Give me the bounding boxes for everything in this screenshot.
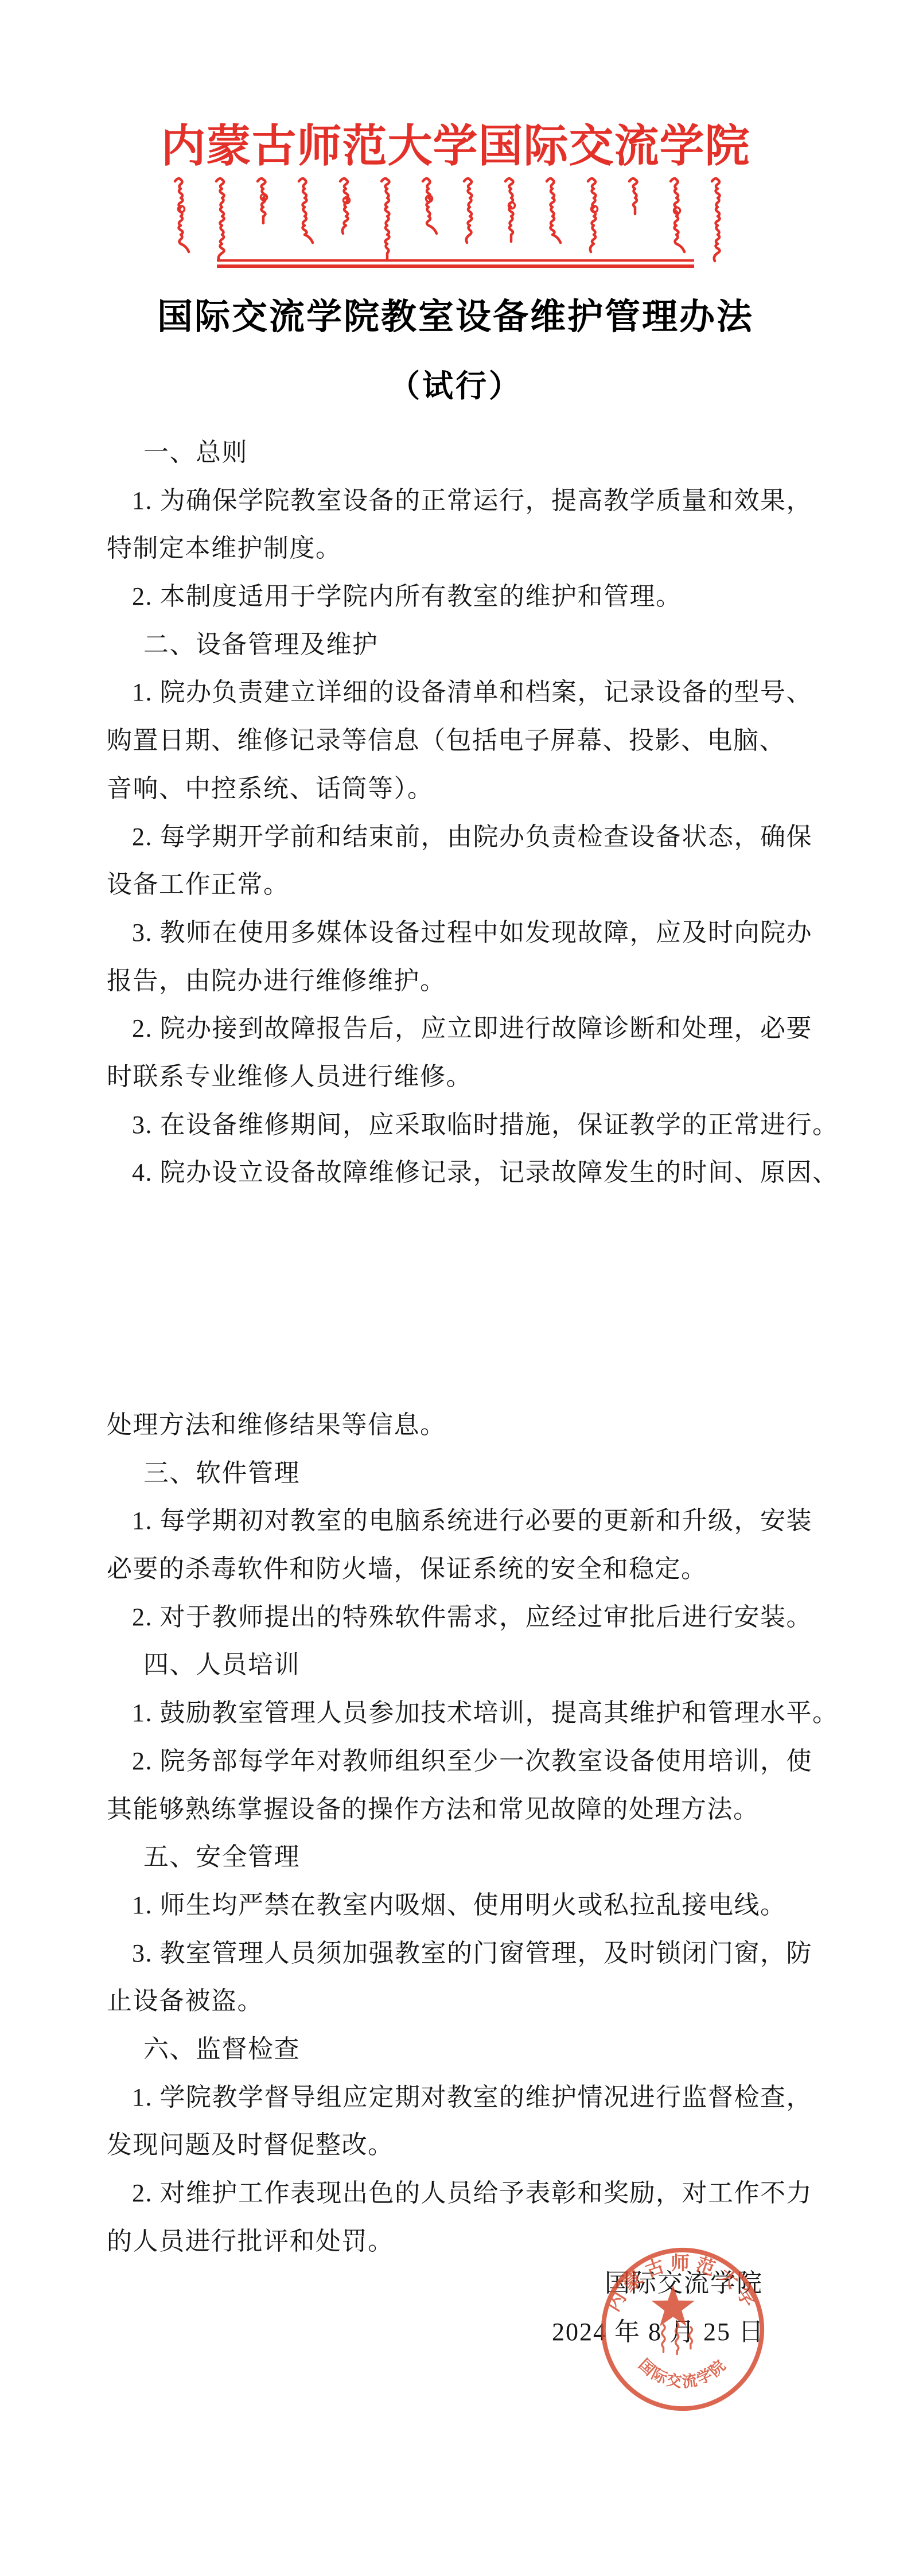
mongolian-glyph — [505, 178, 513, 242]
body-line: 1. 为确保学院教室设备的正常运行，提高教学质量和效果， — [107, 477, 812, 525]
body-line: 2. 对维护工作表现出色的人员给予表彰和奖励，对工作不力 — [107, 2169, 812, 2217]
body-line: 1. 鼓励教室管理人员参加技术培训，提高其维护和管理水平。 — [107, 1689, 812, 1737]
mongolian-glyph-loop — [509, 203, 515, 209]
body-line: 止设备被盗。 — [107, 1977, 812, 2025]
body-line: 二、设备管理及维护 — [107, 621, 812, 669]
letterhead-university-title: 内蒙古师范大学国际交流学院 — [0, 110, 911, 174]
body-line: 时联系专业维修人员进行维修。 — [107, 1053, 812, 1101]
body-line: 2. 院办接到故障报告后，应立即进行故障诊断和处理，必要 — [107, 1005, 812, 1053]
mongolian-glyph — [299, 178, 313, 243]
body-text-page-1: 一、总则1. 为确保学院教室设备的正常运行，提高教学质量和效果，特制定本维护制度… — [107, 429, 812, 1197]
body-line: 1. 院办负责建立详细的设备清单和档案，记录设备的型号、 — [107, 668, 812, 717]
body-line: 处理方法和维修结果等信息。 — [107, 1401, 812, 1449]
body-line: 五、安全管理 — [107, 1833, 812, 1881]
body-line: 必要的杀毒软件和防火墙，保证系统的安全和稳定。 — [107, 1545, 812, 1593]
body-line: 2. 对于教师提出的特殊软件需求，应经过审批后进行安装。 — [107, 1593, 812, 1641]
seal-bottom-text: 国际交流学院 — [636, 2356, 730, 2391]
document-page: 内蒙古师范大学国际交流学院 国际交流学院教室设备维护管理办法 （试行） 一、总则… — [0, 0, 911, 2576]
seal-mongolian-glyph — [676, 2322, 679, 2354]
letterhead-divider-rule — [217, 259, 694, 268]
mongolian-glyph — [547, 178, 560, 243]
seal-mongolian-glyph — [662, 2325, 665, 2352]
body-line: 六、监督检查 — [107, 2025, 812, 2073]
mongolian-glyph — [588, 178, 596, 252]
mongolian-glyph — [340, 178, 348, 234]
mongolian-glyph — [629, 178, 637, 214]
document-subtitle: （试行） — [0, 361, 911, 406]
body-line: 3. 教室管理人员须加强教室的门窗管理，及时锁闭门窗，防 — [107, 1929, 812, 1978]
body-line: 3. 在设备维修期间，应采取临时措施，保证教学的正常进行。 — [107, 1101, 812, 1149]
body-text-page-2: 处理方法和维修结果等信息。三、软件管理1. 每学期初对教室的电脑系统进行必要的更… — [107, 1401, 812, 2265]
body-line: 购置日期、维修记录等信息（包括电子屏幕、投影、电脑、 — [107, 717, 812, 765]
seal-mongolian-glyph — [689, 2327, 692, 2348]
mongolian-glyph — [175, 178, 189, 252]
body-line: 发现问题及时督促整改。 — [107, 2121, 812, 2169]
body-line: 3. 教师在使用多媒体设备过程中如发现故障，应及时向院办 — [107, 909, 812, 957]
body-line: 特制定本维护制度。 — [107, 524, 812, 573]
body-line: 四、人员培训 — [107, 1641, 812, 1689]
mongolian-glyph — [216, 178, 224, 261]
body-line: 2. 院务部每学年对教师组织至少一次教室设备使用培训，使 — [107, 1737, 812, 1785]
seal-star-icon — [652, 2285, 695, 2326]
body-line: 1. 师生均严禁在教室内吸烟、使用明火或私拉乱接电线。 — [107, 1881, 812, 1929]
mongolian-glyph-loop — [591, 206, 598, 212]
body-line: 2. 每学期开学前和结束前，由院办负责检查设备状态，确保 — [107, 813, 812, 861]
body-line: 三、软件管理 — [107, 1449, 812, 1497]
mongolian-glyph — [381, 178, 390, 260]
mongolian-glyph — [671, 178, 684, 252]
body-line: 其能够熟练掌握设备的操作方法和常见故障的处理方法。 — [107, 1785, 812, 1834]
mongolian-glyph-loop — [178, 206, 185, 212]
mongolian-script-band — [166, 173, 745, 268]
mongolian-glyph — [712, 178, 720, 261]
body-line: 4. 院办设立设备故障维修记录，记录故障发生的时间、原因、 — [107, 1149, 812, 1197]
official-seal-stamp: 内蒙古师范大学 国际交流学院 — [598, 2244, 768, 2414]
mongolian-glyph — [464, 178, 472, 243]
body-line: 音响、中控系统、话筒等）。 — [107, 765, 812, 813]
body-line: 1. 学院教学督导组应定期对教室的维护情况进行监督检查， — [107, 2073, 812, 2122]
body-line: 设备工作正常。 — [107, 861, 812, 909]
body-line: 2. 本制度适用于学院内所有教室的维护和管理。 — [107, 573, 812, 621]
body-line: 1. 每学期初对教室的电脑系统进行必要的更新和升级，安装 — [107, 1497, 812, 1545]
mongolian-glyph — [423, 178, 437, 234]
document-title: 国际交流学院教室设备维护管理办法 — [0, 288, 911, 339]
body-line: 一、总则 — [107, 429, 812, 477]
body-line: 报告，由院办进行维修维护。 — [107, 957, 812, 1005]
